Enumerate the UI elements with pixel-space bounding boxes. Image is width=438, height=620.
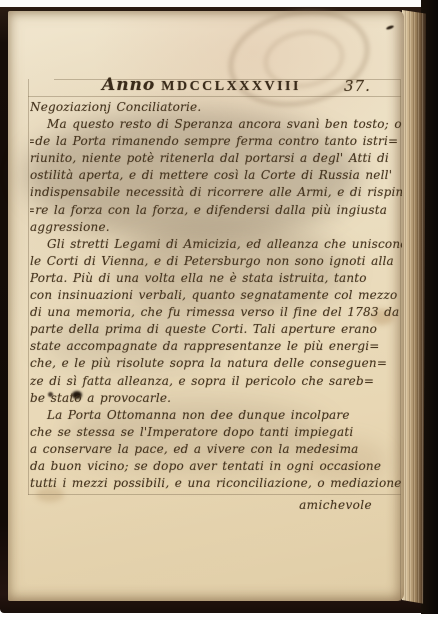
- manuscript-lines: Negoziazionj Conciliatorie.Ma questo res…: [30, 99, 402, 497]
- manuscript-line: La Porta Ottomanna non dee dunque incolp…: [30, 407, 402, 424]
- manuscript-line: state accompagnate da rappresentanze le …: [30, 338, 402, 355]
- manuscript-line: Negoziazionj Conciliatorie.: [30, 99, 402, 116]
- manuscript-line: le Corti di Vienna, e di Petersburgo non…: [30, 253, 402, 270]
- manuscript-line: con insinuazioni verbali, quanto segnata…: [30, 287, 402, 304]
- manuscript-line: riunito, niente potè ritenerla dal porta…: [30, 150, 402, 167]
- manuscript-line: ze di sì fatta alleanza, e sopra il peri…: [30, 373, 402, 390]
- manuscript-line: Porta. Più di una volta ella ne è stata …: [30, 270, 402, 287]
- ruled-frame-line: [28, 79, 29, 495]
- manuscript-line: indispensabile necessità di ricorrere al…: [30, 184, 402, 201]
- ruled-frame-line: [28, 96, 401, 97]
- manuscript-line: aggressione.: [30, 219, 402, 236]
- manuscript-line: che, e le più risolute sopra la natura d…: [30, 355, 402, 372]
- manuscript-page: AnnoMDCCLXXXVIII 37. Negoziazionj Concil…: [8, 11, 404, 601]
- manuscript-line: tutti i mezzi possibili, e una riconcili…: [30, 475, 402, 492]
- book-fore-edge-pages: [402, 10, 426, 606]
- page-header: AnnoMDCCLXXXVIII: [102, 75, 301, 95]
- manuscript-line: a conservare la pace, ed a vivere con la…: [30, 441, 402, 458]
- manuscript-line: =re la forza con la forza, e difendersi …: [30, 202, 402, 219]
- header-year-word: Anno: [102, 75, 155, 95]
- catchword: amichevole: [30, 498, 372, 512]
- photo-canvas: AnnoMDCCLXXXVIII 37. Negoziazionj Concil…: [0, 0, 438, 620]
- manuscript-line: che se stessa se l'Imperatore dopo tanti…: [30, 424, 402, 441]
- ink-speck: [386, 25, 395, 31]
- manuscript-line: Gli stretti Legami di Amicizia, ed allea…: [30, 236, 402, 253]
- manuscript-line: di una memoria, che fu rimessa verso il …: [30, 304, 402, 321]
- manuscript-line: parte della prima di queste Corti. Tali …: [30, 321, 402, 338]
- manuscript-line: da buon vicino; se dopo aver tentati in …: [30, 458, 402, 475]
- manuscript-line: be stato a provocarle.: [30, 390, 402, 407]
- header-year-roman-numeral: MDCCLXXXVIII: [161, 79, 301, 94]
- manuscript-line: =de la Porta rimanendo sempre ferma cont…: [30, 133, 402, 150]
- manuscript-line: Ma questo resto di Speranza ancora svanì…: [30, 116, 402, 133]
- folio-number: 37.: [344, 77, 371, 95]
- manuscript-line: ostilità aperta, e di mettere così la Co…: [30, 167, 402, 184]
